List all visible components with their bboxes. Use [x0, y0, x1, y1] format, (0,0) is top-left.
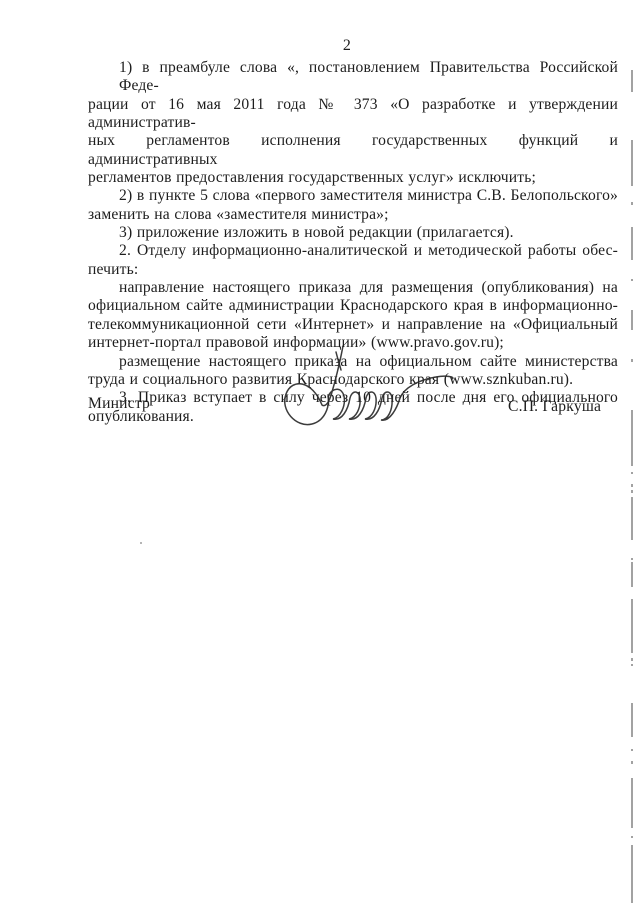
- handwritten-signature: [270, 330, 470, 435]
- scan-artifact-mark: [631, 140, 633, 186]
- document-page: 2 1) в преамбуле слова «, постановлением…: [0, 0, 640, 905]
- scan-artifact-mark: [631, 279, 633, 281]
- scan-artifact-mark: [631, 497, 633, 540]
- text-line: официальном сайте администрации Краснода…: [88, 297, 618, 315]
- text-line: ных регламентов исполнения государственн…: [88, 132, 618, 169]
- scan-artifact-mark: [631, 836, 633, 838]
- scan-artifact-mark: [631, 359, 633, 362]
- scan-artifact-mark: [631, 749, 633, 751]
- scan-artifact-mark: [631, 778, 633, 828]
- scan-artifact-mark: [631, 558, 633, 560]
- text-line: регламентов предоставления государственн…: [88, 169, 618, 187]
- scan-artifact-mark: [631, 410, 633, 466]
- page-number: 2: [82, 37, 612, 55]
- scan-artifact-mark: [631, 202, 633, 205]
- text-line: рации от 16 мая 2011 года № 373 «О разра…: [88, 96, 618, 133]
- scan-artifact-mark: [631, 472, 633, 474]
- signature-title: Министр: [88, 395, 150, 413]
- scan-artifact-mark: [631, 227, 633, 260]
- text-line: 2. Отделу информационно-аналитической и …: [88, 242, 618, 260]
- text-line: 3) приложение изложить в новой редакции …: [88, 224, 618, 242]
- signature-name: С.П. Гаркуша: [508, 398, 601, 416]
- scan-artifact-mark: [631, 658, 633, 661]
- scan-artifact-mark: [631, 761, 633, 764]
- text-line: 1) в преамбуле слова «, постановлением П…: [88, 59, 618, 96]
- text-line: заменить на слова «заместителя министра»…: [88, 206, 618, 224]
- scan-artifact-mark: [631, 310, 633, 330]
- scan-artifact-mark: [631, 703, 633, 737]
- text-line: 2) в пункте 5 слова «первого заместителя…: [88, 187, 618, 205]
- scan-artifact-mark: [631, 562, 633, 587]
- text-line: направление настоящего приказа для разме…: [88, 279, 618, 297]
- text-line: печить:: [88, 261, 618, 279]
- scan-artifact-mark: [631, 70, 633, 92]
- scan-artifact-mark: [631, 599, 633, 653]
- scan-artifact-dot: [140, 542, 142, 544]
- scan-artifact-mark: [631, 490, 633, 493]
- scan-artifact-mark: [631, 484, 633, 487]
- scan-artifact-mark: [631, 845, 633, 903]
- scan-artifact-mark: [631, 664, 633, 666]
